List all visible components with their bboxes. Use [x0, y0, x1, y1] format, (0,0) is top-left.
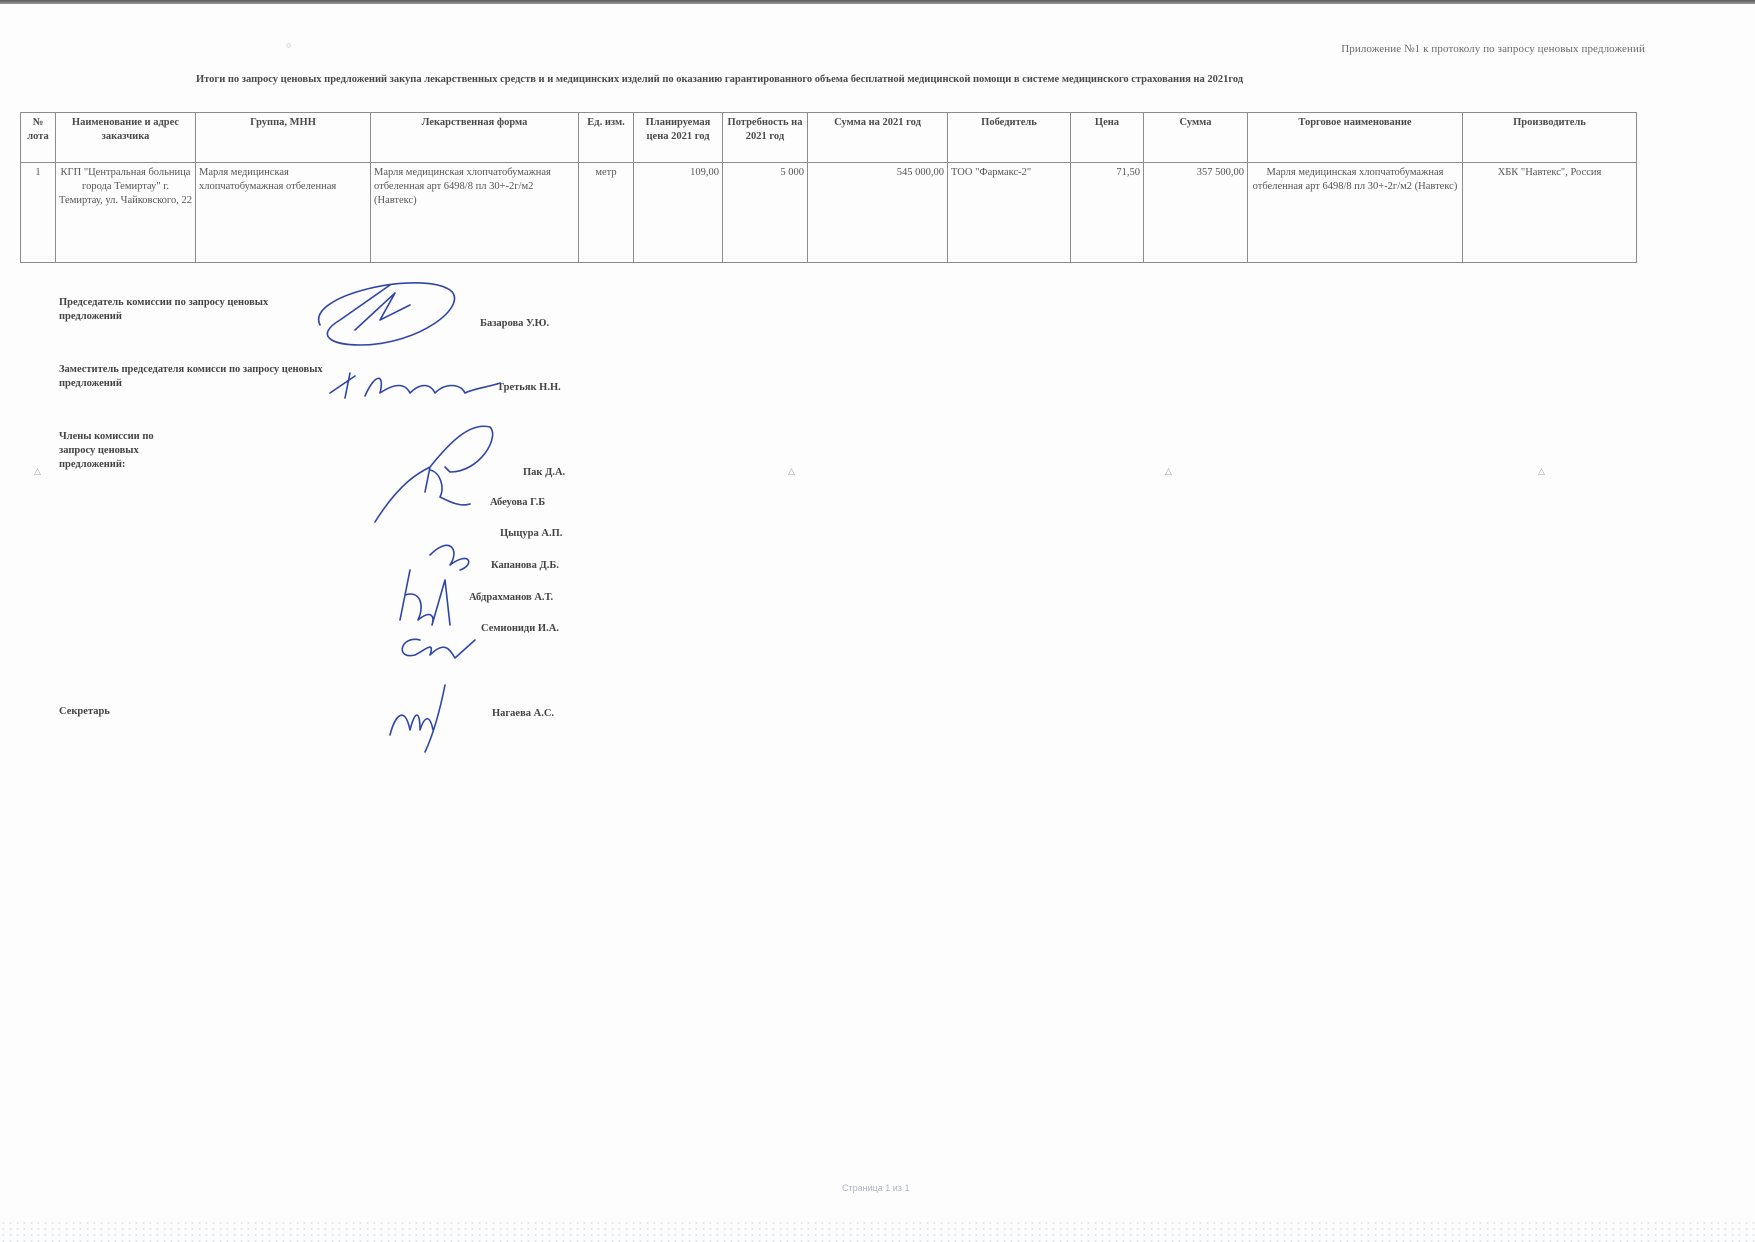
header-unit: Ед. изм. [579, 113, 634, 163]
cell-lot: 1 [21, 163, 56, 263]
cell-customer: КГП "Центральная больница города Темирта… [56, 163, 196, 263]
cell-unit: метр [579, 163, 634, 263]
cell-dosage-form: Марля медицинская хлопчатобумажная отбел… [371, 163, 579, 263]
scan-edge [0, 0, 1755, 4]
secretary-role: Секретарь [59, 705, 110, 719]
header-demand: Потребность на 2021 год [723, 113, 808, 163]
page-footer: Страница 1 из 1 [842, 1183, 909, 1193]
secretary-signature-icon [385, 680, 455, 755]
header-manufacturer: Производитель [1463, 113, 1637, 163]
deputy-signature-icon [325, 368, 505, 408]
cell-group-inn: Марля медицинская хлопчатобумажная отбел… [196, 163, 371, 263]
scan-artifact: △ [1538, 466, 1545, 477]
member-name-6: Семиониди И.А. [481, 623, 559, 634]
cell-demand: 5 000 [723, 163, 808, 263]
scan-artifact: △ [788, 466, 795, 477]
member-signature-pak-icon [370, 412, 510, 532]
member-name-5: Абдрахманов А.Т. [469, 592, 553, 603]
chairman-role: Председатель комиссии по запросу ценовых… [59, 296, 319, 324]
scan-artifact: ○ [286, 40, 291, 50]
scan-artifact: △ [34, 466, 41, 477]
member-signatures-icon [390, 540, 480, 700]
scan-noise [0, 1220, 1755, 1242]
cell-trade-name: Марля медицинская хлопчатобумажная отбел… [1248, 163, 1463, 263]
chairman-name: Базарова У.Ю. [480, 318, 549, 329]
header-lot: № лота [21, 113, 56, 163]
deputy-name: Третьяк Н.Н. [497, 382, 561, 393]
secretary-name: Нагаева А.С. [492, 708, 554, 719]
header-dosage-form: Лекарственная форма [371, 113, 579, 163]
appendix-label: Приложение №1 к протоколу по запросу цен… [1341, 43, 1645, 55]
cell-sum: 357 500,00 [1144, 163, 1248, 263]
table-header-row: № лота Наименование и адрес заказчика Гр… [21, 113, 1637, 163]
header-planned-sum: Сумма на 2021 год [808, 113, 948, 163]
header-group-inn: Группа, МНН [196, 113, 371, 163]
scan-artifact: △ [1165, 466, 1172, 477]
results-table: № лота Наименование и адрес заказчика Гр… [20, 112, 1637, 263]
header-winner: Победитель [948, 113, 1071, 163]
cell-manufacturer: ХБК "Навтекс", Россия [1463, 163, 1637, 263]
header-trade-name: Торговое наименование [1248, 113, 1463, 163]
members-role: Члены комиссии по запросу ценовых предло… [59, 430, 184, 472]
member-name-4: Капанова Д.Б. [491, 560, 559, 571]
cell-planned-sum: 545 000,00 [808, 163, 948, 263]
member-name-1: Пак Д.А. [523, 467, 565, 478]
deputy-role: Заместитель председателя комисси по запр… [59, 363, 334, 391]
header-price: Цена [1071, 113, 1144, 163]
document-title: Итоги по запросу ценовых предложений зак… [196, 74, 1243, 85]
header-sum: Сумма [1144, 113, 1248, 163]
table-row: 1 КГП "Центральная больница города Темир… [21, 163, 1637, 263]
cell-planned-price: 109,00 [634, 163, 723, 263]
cell-price: 71,50 [1071, 163, 1144, 263]
header-customer: Наименование и адрес заказчика [56, 113, 196, 163]
cell-winner: ТОО "Фармакс-2" [948, 163, 1071, 263]
header-planned-price: Планируемая цена 2021 год [634, 113, 723, 163]
chairman-signature-icon [300, 275, 460, 355]
